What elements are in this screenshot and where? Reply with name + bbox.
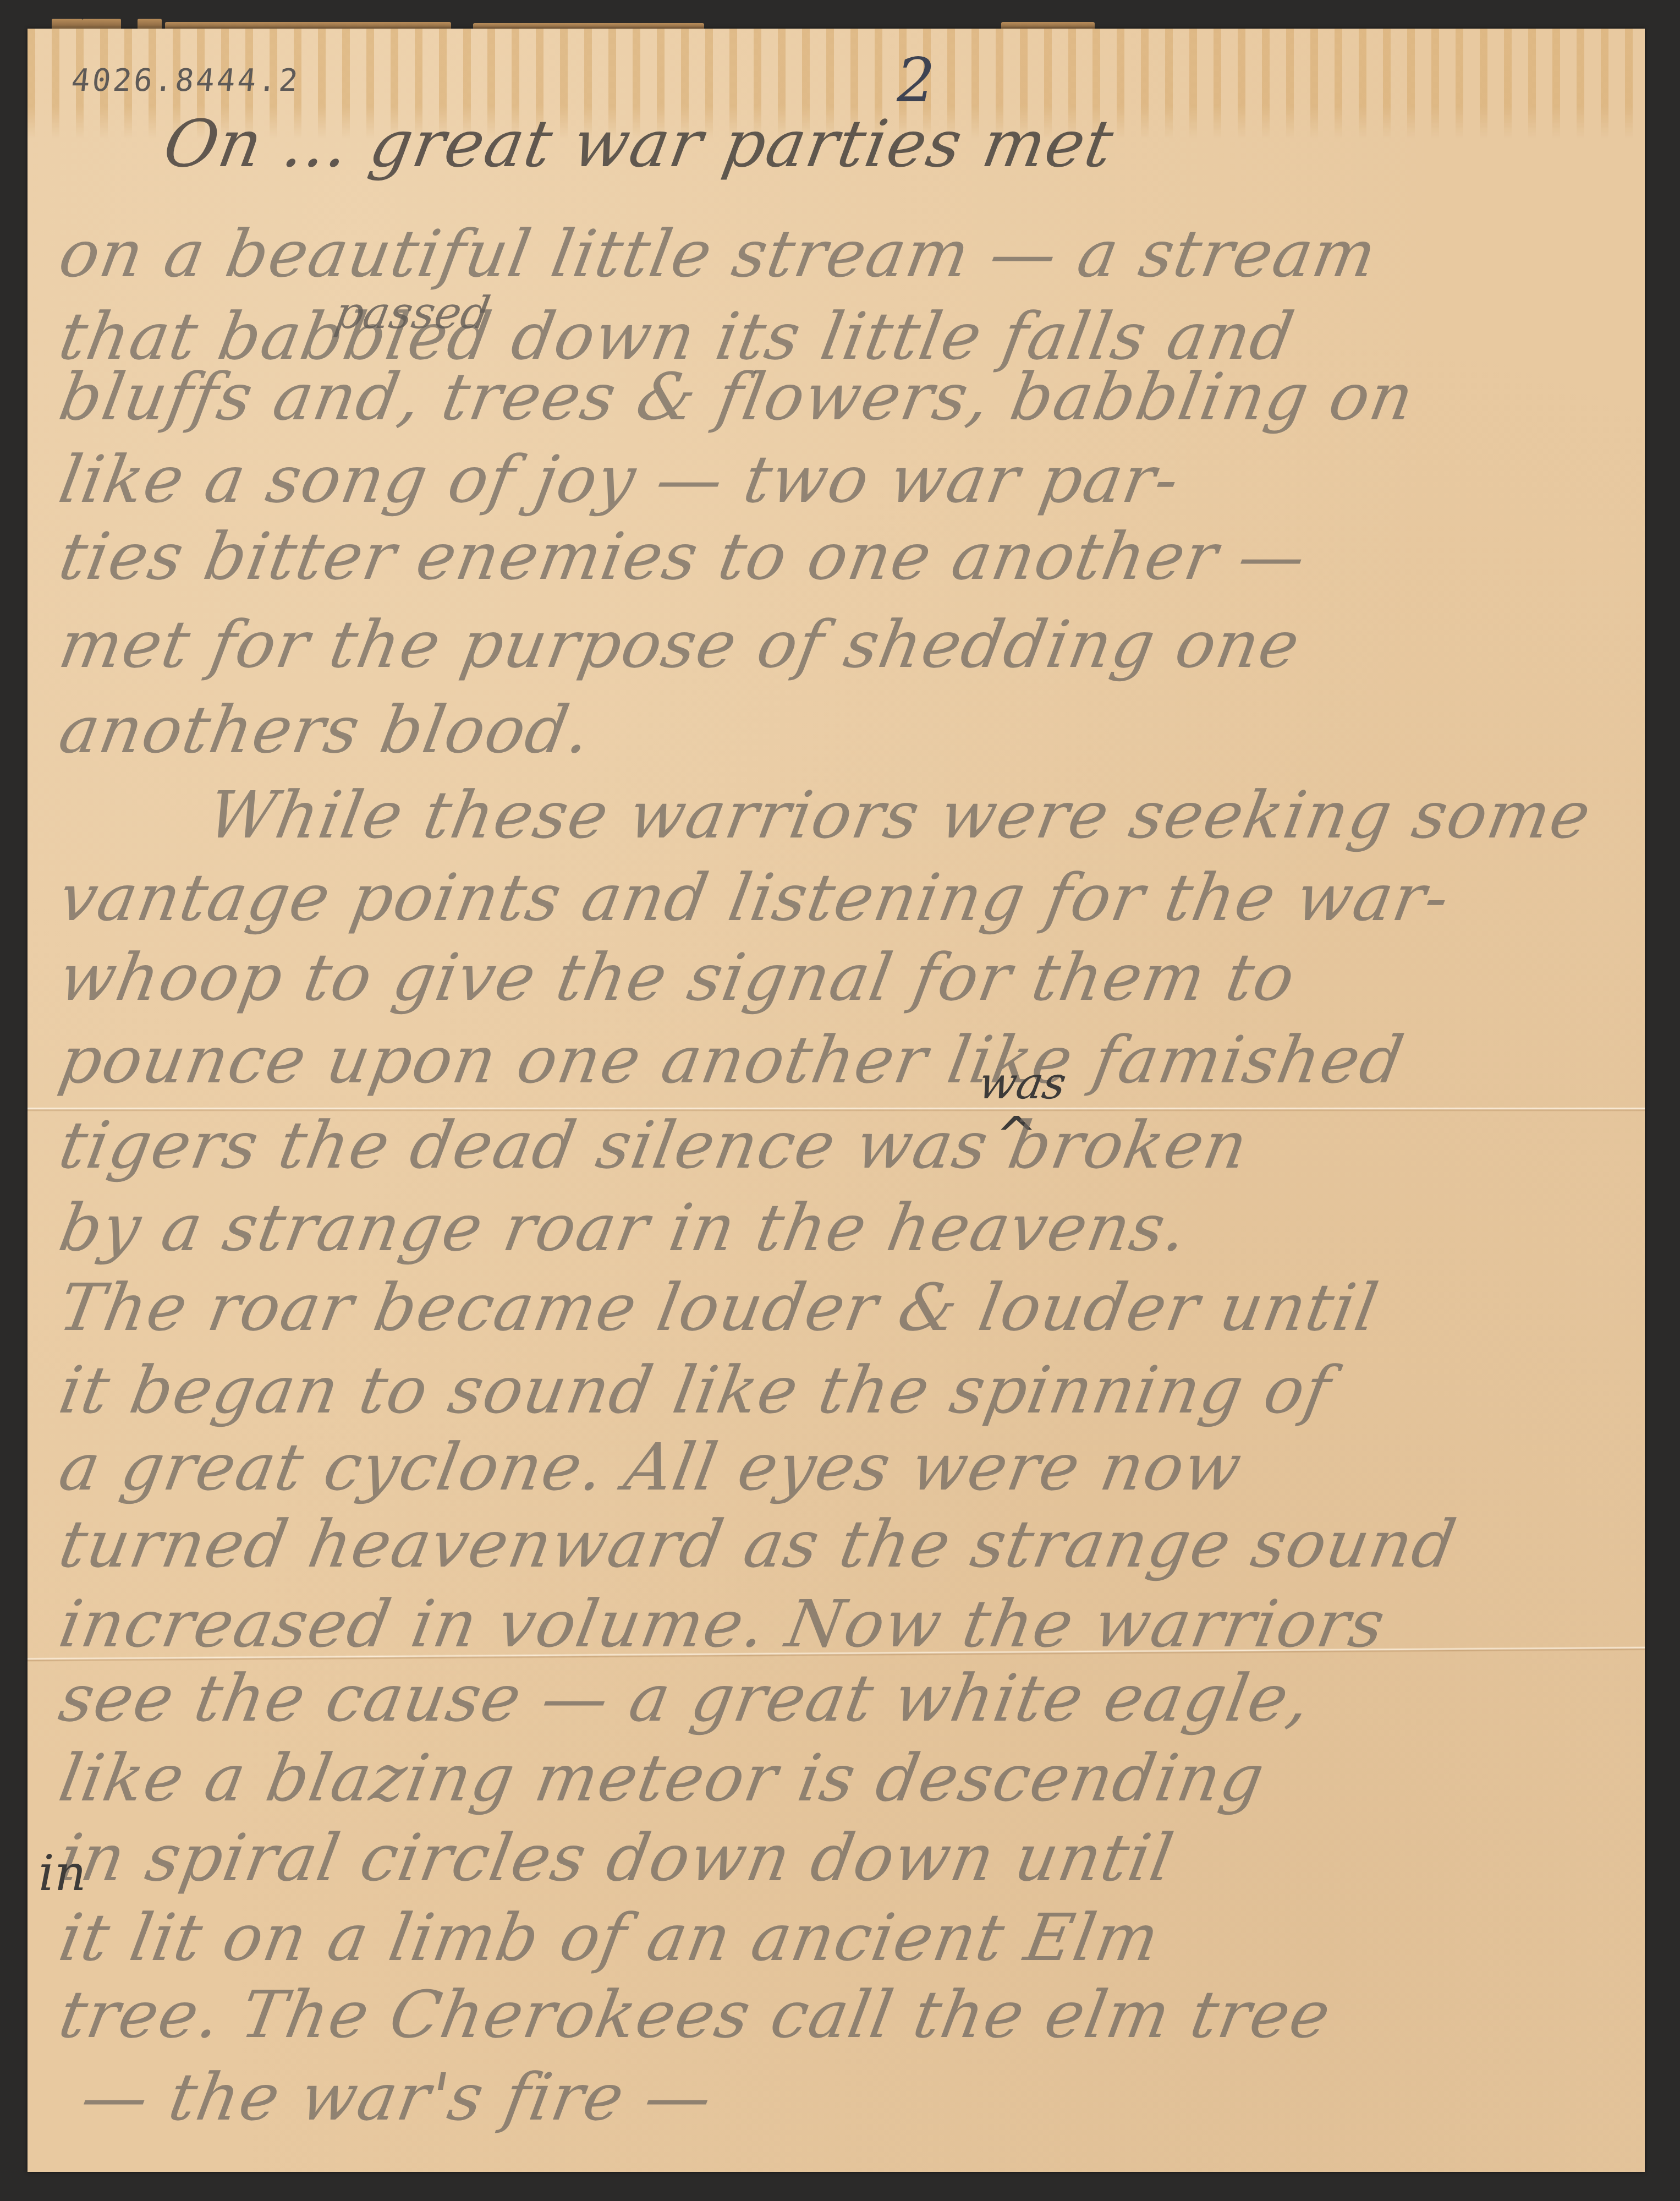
text-line: a great cyclone. All eyes were now: [55, 1435, 1247, 1499]
text-line: On ... great war parties met: [160, 111, 1119, 176]
text-line: The roar became louder & louder until: [55, 1275, 1383, 1340]
text-line: anothers blood.: [55, 697, 596, 762]
text-line: pounce upon one another like famished: [55, 1027, 1409, 1092]
text-line: While these warriors were seeking some: [204, 782, 1596, 847]
text-line: turned heavenward as the strange sound: [55, 1512, 1462, 1576]
insertion-was: was: [975, 1058, 1070, 1109]
text-line: it began to sound like the spinning of: [55, 1357, 1336, 1422]
text-line: vantage points and listening for the war…: [55, 865, 1455, 930]
insertion-passed: passed: [331, 287, 494, 338]
text-line: whoop to give the signal for them to: [55, 945, 1300, 1010]
catalog-number: 4026.8444.2: [70, 63, 302, 98]
text-line: — the war's fire —: [77, 2065, 718, 2129]
text-line: tree. The Cherokees call the elm tree: [55, 1982, 1336, 2047]
text-line: like a song of joy — two war par-: [55, 447, 1185, 512]
text-line: ties bitter enemies to one another —: [55, 524, 1311, 589]
page-number: 2: [897, 45, 935, 116]
text-line: by a strange roar in the heavens.: [55, 1195, 1193, 1260]
margin-insertion-in: in: [39, 1844, 86, 1902]
text-line: bluffs and, trees & flowers, babbling on: [55, 364, 1419, 429]
manuscript-page: 4026.8444.2 2 On ... great war parties m…: [28, 29, 1645, 2172]
text-line: on a beautiful little stream — a stream: [55, 221, 1382, 286]
text-line: see the cause — a great white eagle,: [55, 1666, 1316, 1731]
text-line: like a blazing meteor is descending: [55, 1745, 1270, 1810]
text-line: in spiral circles down down until: [55, 1825, 1179, 1890]
mount-tab-stubs: [0, 0, 1680, 33]
text-line: it lit on a limb of an ancient Elm: [55, 1905, 1165, 1970]
text-line: tigers the dead silence was broken: [55, 1113, 1253, 1178]
text-line: met for the purpose of shedding one: [55, 612, 1305, 677]
text-line: increased in volume. Now the warriors: [55, 1591, 1391, 1656]
